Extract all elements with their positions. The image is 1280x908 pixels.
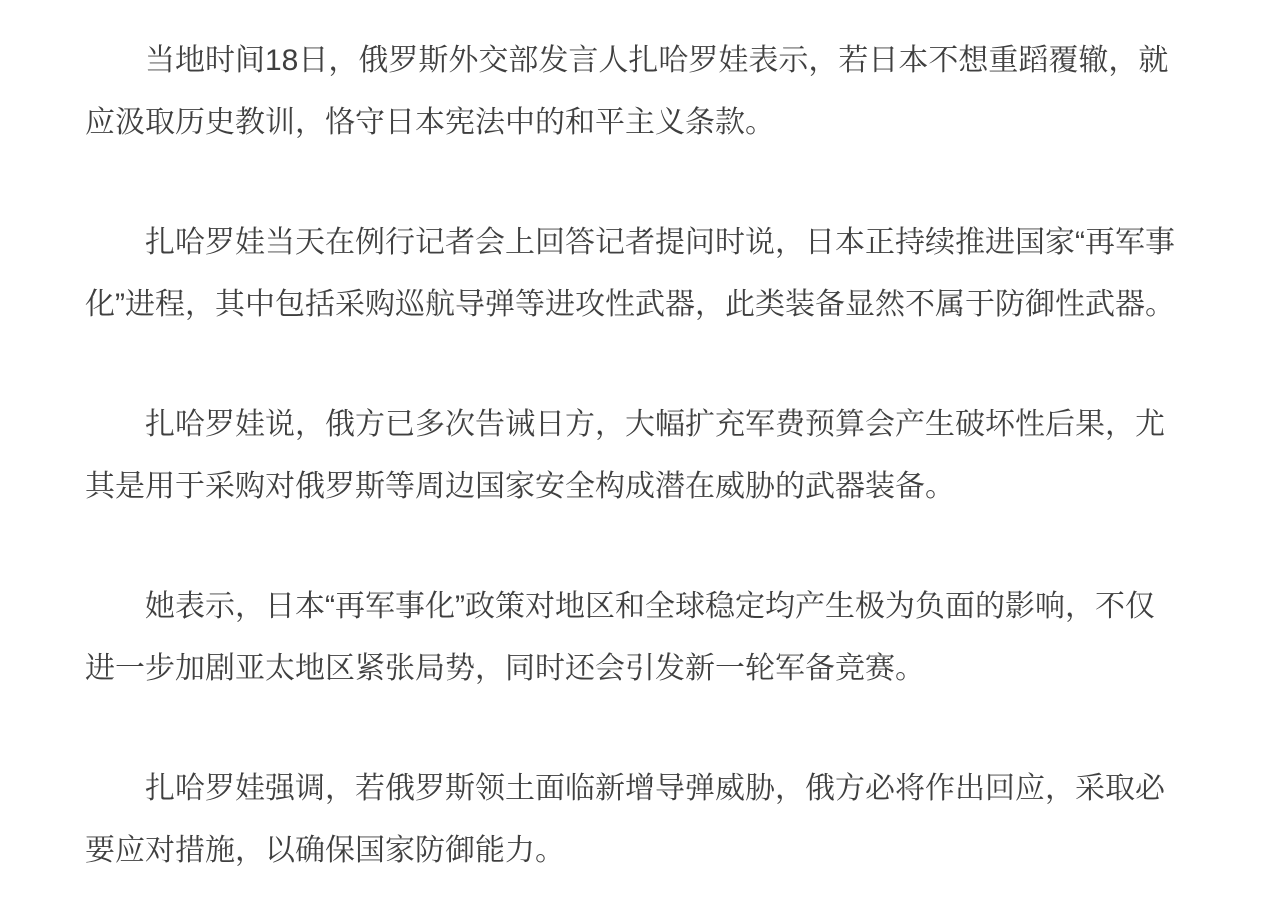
paragraph-line: 她表示，日本“再军事化”政策对地区和全球稳定均产生极为负面的影响，不仅	[85, 576, 1182, 638]
paragraph-line: 扎哈罗娃说，俄方已多次告诫日方，大幅扩充军费预算会产生破坏性后果，尤	[85, 394, 1182, 456]
paragraph-line: 扎哈罗娃强调，若俄罗斯领土面临新增导弹威胁，俄方必将作出回应，采取必	[85, 758, 1182, 820]
paragraph-line: 当地时间18日，俄罗斯外交部发言人扎哈罗娃表示，若日本不想重蹈覆辙，就	[85, 30, 1182, 92]
article-body: 当地时间18日，俄罗斯外交部发言人扎哈罗娃表示，若日本不想重蹈覆辙，就 应汲取历…	[0, 0, 1280, 882]
article-paragraph-3: 扎哈罗娃说，俄方已多次告诫日方，大幅扩充军费预算会产生破坏性后果，尤 其是用于采…	[85, 394, 1182, 518]
article-paragraph-4: 她表示，日本“再军事化”政策对地区和全球稳定均产生极为负面的影响，不仅 进一步加…	[85, 576, 1182, 700]
article-paragraph-5: 扎哈罗娃强调，若俄罗斯领土面临新增导弹威胁，俄方必将作出回应，采取必 要应对措施…	[85, 758, 1182, 882]
paragraph-line: 其是用于采购对俄罗斯等周边国家安全构成潜在威胁的武器装备。	[85, 456, 1182, 518]
paragraph-line: 要应对措施，以确保国家防御能力。	[85, 820, 1182, 882]
article-paragraph-2: 扎哈罗娃当天在例行记者会上回答记者提问时说，日本正持续推进国家“再军事 化”进程…	[85, 212, 1182, 336]
paragraph-line: 应汲取历史教训，恪守日本宪法中的和平主义条款。	[85, 92, 1182, 154]
article-paragraph-1: 当地时间18日，俄罗斯外交部发言人扎哈罗娃表示，若日本不想重蹈覆辙，就 应汲取历…	[85, 30, 1182, 154]
paragraph-line: 扎哈罗娃当天在例行记者会上回答记者提问时说，日本正持续推进国家“再军事	[85, 212, 1182, 274]
paragraph-line: 进一步加剧亚太地区紧张局势，同时还会引发新一轮军备竞赛。	[85, 638, 1182, 700]
paragraph-line: 化”进程，其中包括采购巡航导弹等进攻性武器，此类装备显然不属于防御性武器。	[85, 274, 1182, 336]
